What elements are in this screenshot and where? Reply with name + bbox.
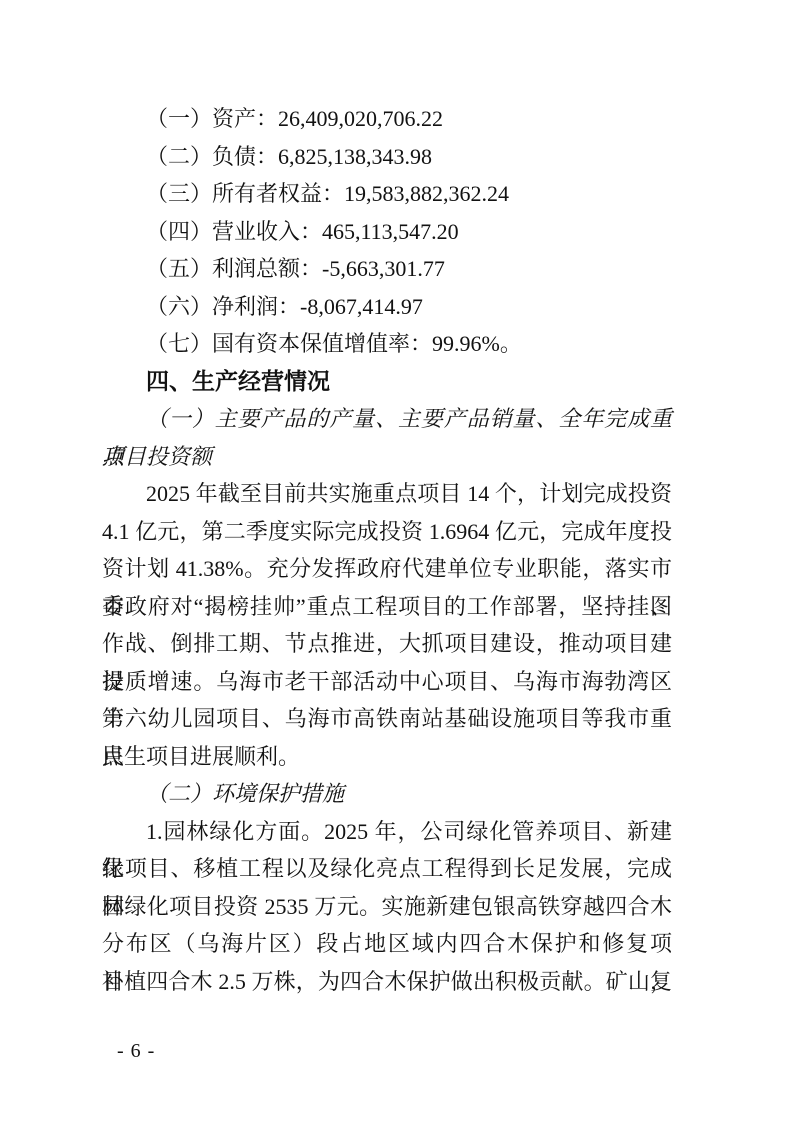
paragraph2-line: 化项目、移植工程以及绿化亮点工程得到长足发展，完成园 <box>102 850 672 888</box>
paragraph1-line: 2025 年截至目前共实施重点项目 14 个，计划完成投资 <box>102 475 672 513</box>
financial-item-operating-revenue: （四）营业收入：465,113,547.20 <box>102 213 672 251</box>
financial-item-capital-preservation-rate: （七）国有资本保值增值率：99.96%。 <box>102 325 672 363</box>
paragraph1-line: 民生项目进展顺利。 <box>102 738 672 776</box>
paragraph1-line: 提质增速。乌海市老干部活动中心项目、乌海市海勃湾区第 <box>102 663 672 701</box>
page-number: - 6 - <box>117 1040 155 1063</box>
section-heading-production-operations: 四、生产经营情况 <box>102 363 672 401</box>
subsection2-heading: （二）环境保护措施 <box>102 775 672 813</box>
subsection1-heading-line: （一）主要产品的产量、主要产品销量、全年完成重点 <box>102 400 672 438</box>
paragraph1-line: 十六幼儿园项目、乌海市高铁南站基础设施项目等我市重点 <box>102 700 672 738</box>
subsection1-heading-line: 项目投资额 <box>102 438 672 476</box>
document-body: （一）资产：26,409,020,706.22 （二）负债：6,825,138,… <box>102 100 672 1000</box>
paragraph2-line: 1.园林绿化方面。2025 年，公司绿化管养项目、新建绿 <box>102 813 672 851</box>
paragraph2-line: 分布区（乌海片区）段占地区域内四合木保护和修复项目， <box>102 925 672 963</box>
paragraph2-line: 补植四合木 2.5 万株，为四合木保护做出积极贡献。矿山复 <box>102 963 672 1001</box>
paragraph1-line: 市政府对“揭榜挂帅”重点工程项目的工作部署，坚持挂图 <box>102 588 672 626</box>
paragraph1-line: 资计划 41.38%。充分发挥政府代建单位专业职能，落实市委、 <box>102 550 672 588</box>
financial-item-net-profit: （六）净利润：-8,067,414.97 <box>102 288 672 326</box>
paragraph1-line: 4.1 亿元，第二季度实际完成投资 1.6964 亿元，完成年度投 <box>102 513 672 551</box>
paragraph2-line: 林绿化项目投资 2535 万元。实施新建包银高铁穿越四合木 <box>102 888 672 926</box>
paragraph1-line: 作战、倒排工期、节点推进，大抓项目建设，推动项目建设 <box>102 625 672 663</box>
financial-item-liabilities: （二）负债：6,825,138,343.98 <box>102 138 672 176</box>
financial-item-total-profit: （五）利润总额：-5,663,301.77 <box>102 250 672 288</box>
financial-item-owners-equity: （三）所有者权益：19,583,882,362.24 <box>102 175 672 213</box>
financial-item-assets: （一）资产：26,409,020,706.22 <box>102 100 672 138</box>
document-page: （一）资产：26,409,020,706.22 （二）负债：6,825,138,… <box>0 0 793 1122</box>
